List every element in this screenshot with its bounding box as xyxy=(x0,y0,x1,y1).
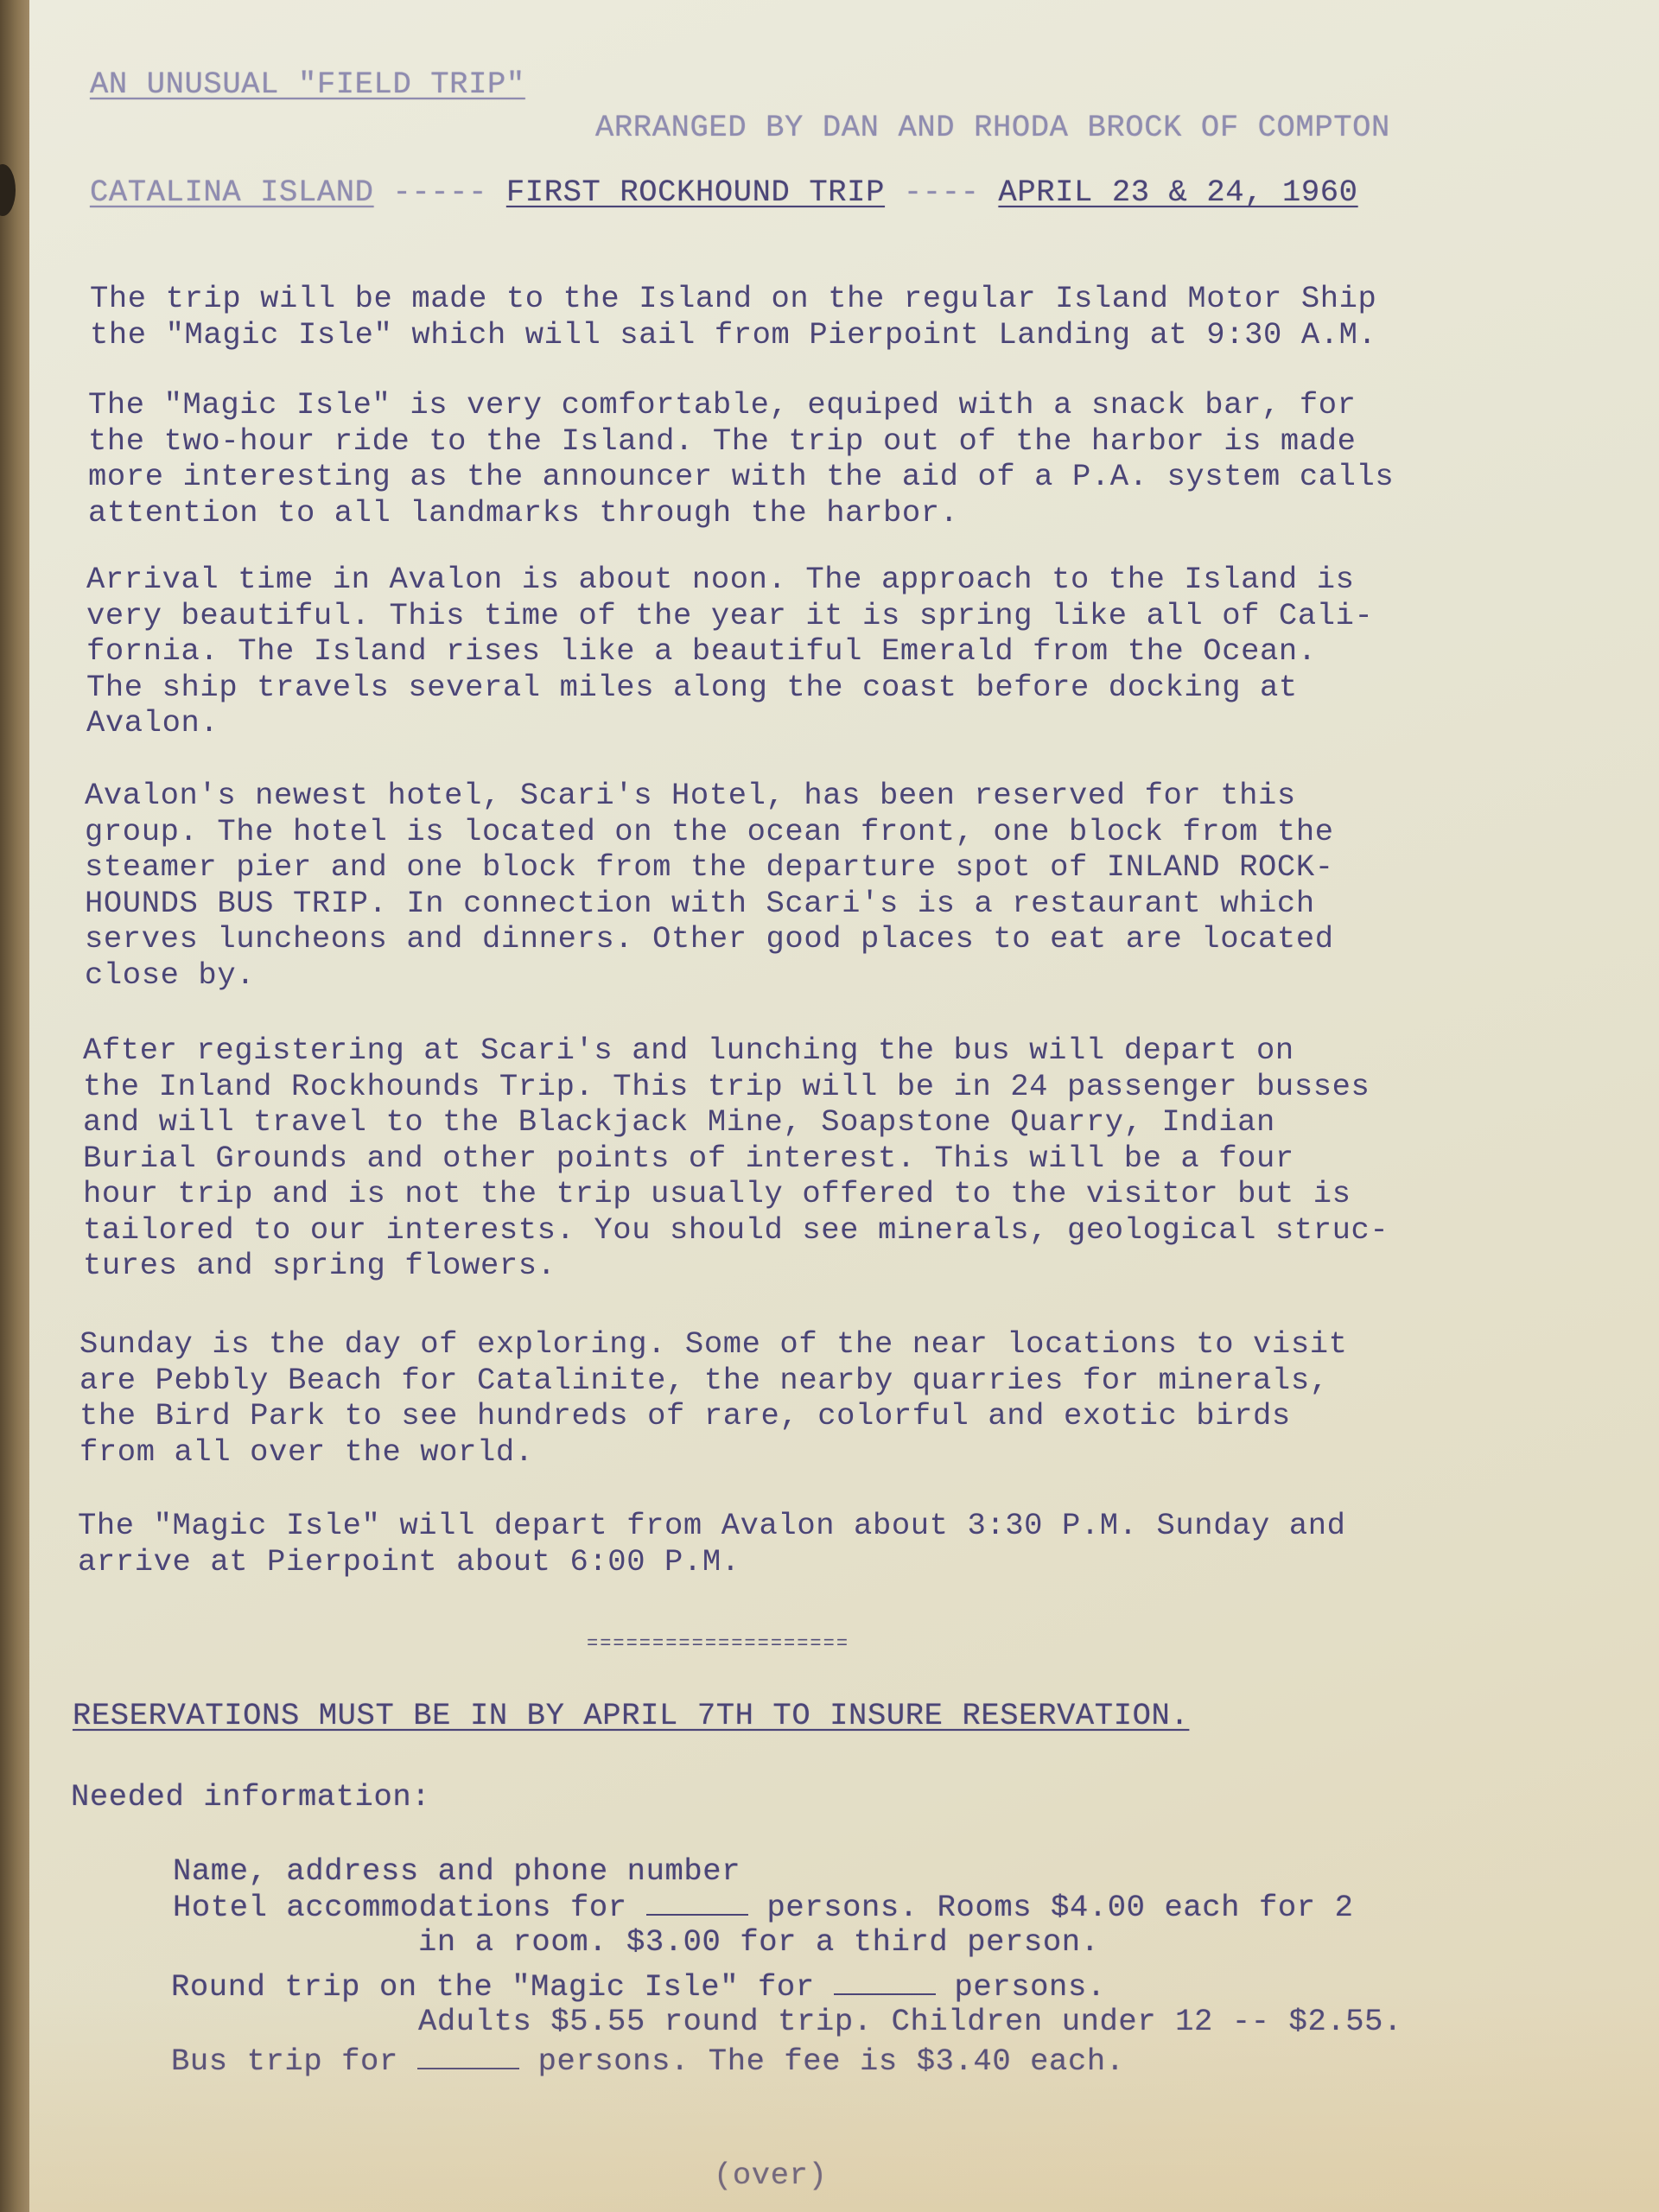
paragraph-sunday: Sunday is the day of exploring. Some of … xyxy=(79,1326,1348,1470)
trip-date: APRIL 23 & 24, 1960 xyxy=(998,175,1357,210)
text-line: The trip will be made to the Island on t… xyxy=(90,281,1376,317)
text-line: attention to all landmarks through the h… xyxy=(88,495,1394,531)
text-line: The "Magic Isle" is very comfortable, eq… xyxy=(88,387,1394,423)
trip-name: FIRST ROCKHOUND TRIP xyxy=(506,175,885,210)
trip-line: CATALINA ISLAND ----- FIRST ROCKHOUND TR… xyxy=(90,177,1358,208)
item-hotel-third-person: in a room. $3.00 for a third person. xyxy=(418,1927,1100,1958)
hotel-rate: persons. Rooms $4.00 each for 2 xyxy=(767,1890,1354,1925)
item-bus-trip: Bus trip for persons. The fee is $3.40 e… xyxy=(171,2046,1125,2077)
text-line: Avalon. xyxy=(86,705,1373,741)
bus-trip-persons-blank[interactable] xyxy=(417,2068,519,2069)
round-trip-persons-label: persons. xyxy=(955,1969,1106,2005)
item-hotel: Hotel accommodations for persons. Rooms … xyxy=(173,1892,1354,1923)
round-trip-label: Round trip on the "Magic Isle" for xyxy=(171,1969,815,2005)
text-line: The ship travels several miles along the… xyxy=(86,670,1373,706)
text-line: Arrival time in Avalon is about noon. Th… xyxy=(86,562,1373,598)
paragraph-return: The "Magic Isle" will depart from Avalon… xyxy=(78,1508,1346,1580)
trip-place: CATALINA ISLAND xyxy=(90,175,374,210)
section-divider: ==================== xyxy=(587,1633,849,1655)
text-line: hour trip and is not the trip usually of… xyxy=(83,1176,1389,1212)
hotel-label: Hotel accommodations for xyxy=(173,1890,627,1925)
text-line: arrive at Pierpoint about 6:00 P.M. xyxy=(78,1544,1346,1580)
text-line: the Inland Rockhounds Trip. This trip wi… xyxy=(83,1069,1389,1105)
text-line: tailored to our interests. You should se… xyxy=(83,1212,1389,1249)
separator: ---- xyxy=(904,175,980,210)
hotel-persons-blank[interactable] xyxy=(646,1914,748,1916)
paragraph-arrival: Arrival time in Avalon is about noon. Th… xyxy=(86,562,1373,741)
arranged-by: ARRANGED BY DAN AND RHODA BROCK OF COMPT… xyxy=(595,112,1390,143)
text-line: and will travel to the Blackjack Mine, S… xyxy=(83,1104,1389,1141)
text-line: the two-hour ride to the Island. The tri… xyxy=(88,423,1394,460)
text-line: Avalon's newest hotel, Scari's Hotel, ha… xyxy=(85,778,1334,814)
document-title: AN UNUSUAL "FIELD TRIP" xyxy=(90,69,525,100)
paragraph-hotel: Avalon's newest hotel, Scari's Hotel, ha… xyxy=(85,778,1334,993)
text-line: HOUNDS BUS TRIP. In connection with Scar… xyxy=(85,886,1334,922)
typewritten-page: AN UNUSUAL "FIELD TRIP" ARRANGED BY DAN … xyxy=(29,0,1659,2212)
text-line: close by. xyxy=(85,957,1334,994)
text-line: serves luncheons and dinners. Other good… xyxy=(85,921,1334,957)
reservation-deadline: RESERVATIONS MUST BE IN BY APRIL 7TH TO … xyxy=(73,1700,1189,1732)
text-line: group. The hotel is located on the ocean… xyxy=(85,814,1334,850)
text-line: the Bird Park to see hundreds of rare, c… xyxy=(79,1398,1348,1434)
text-line: more interesting as the announcer with t… xyxy=(88,459,1394,495)
bus-trip-fee: persons. The fee is $3.40 each. xyxy=(538,2044,1125,2079)
paragraph-ship: The "Magic Isle" is very comfortable, eq… xyxy=(88,387,1394,531)
text-line: very beautiful. This time of the year it… xyxy=(86,598,1373,634)
text-line: fornia. The Island rises like a beautifu… xyxy=(86,633,1373,670)
text-line: tures and spring flowers. xyxy=(83,1248,1389,1284)
page-over-note: (over) xyxy=(714,2160,827,2191)
round-trip-persons-blank[interactable] xyxy=(834,1993,936,1995)
item-round-trip-fares: Adults $5.55 round trip. Children under … xyxy=(418,2006,1402,2037)
bus-trip-label: Bus trip for xyxy=(171,2044,398,2079)
text-line: steamer pier and one block from the depa… xyxy=(85,849,1334,886)
item-round-trip: Round trip on the "Magic Isle" for perso… xyxy=(171,1972,1106,2003)
item-name-address-phone: Name, address and phone number xyxy=(173,1856,741,1887)
text-line: Sunday is the day of exploring. Some of … xyxy=(79,1326,1348,1363)
paragraph-departure: The trip will be made to the Island on t… xyxy=(90,281,1376,353)
text-line: Burial Grounds and other points of inter… xyxy=(83,1141,1389,1177)
text-line: After registering at Scari's and lunchin… xyxy=(83,1033,1389,1069)
paragraph-bus-trip: After registering at Scari's and lunchin… xyxy=(83,1033,1389,1284)
text-line: are Pebbly Beach for Catalinite, the nea… xyxy=(79,1363,1348,1399)
needed-information-label: Needed information: xyxy=(71,1782,430,1813)
text-line: from all over the world. xyxy=(79,1434,1348,1471)
text-line: The "Magic Isle" will depart from Avalon… xyxy=(78,1508,1346,1544)
binder-edge xyxy=(0,0,29,2212)
text-line: the "Magic Isle" which will sail from Pi… xyxy=(90,317,1376,353)
separator: ----- xyxy=(392,175,487,210)
